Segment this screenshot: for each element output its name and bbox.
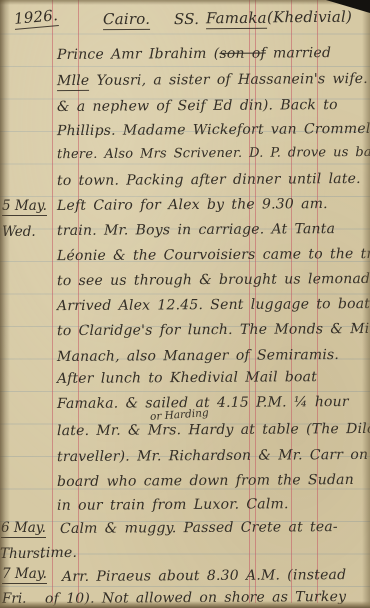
page-binding-edge <box>0 0 10 608</box>
diary-line: traveller). Mr. Richardson & Mr. Carr on <box>57 447 368 465</box>
interline-annotation: or Harding <box>150 407 209 423</box>
diary-line: in our train from Luxor. Calm. <box>57 496 289 514</box>
diary-line: late. Mr. & Mrs. Hardy at table (The Dil… <box>57 421 370 439</box>
diary-line: Calm & muggy. Passed Crete at tea- <box>60 519 338 537</box>
red-margin-rule <box>52 0 53 603</box>
struck-text: son of <box>219 45 266 61</box>
year-label: 1926. <box>13 6 58 28</box>
page-bottom-edge <box>0 601 370 608</box>
diary-line: train. Mr. Boys in carriage. At Tanta <box>57 221 335 239</box>
header-ship-prefix: SS. <box>174 10 199 28</box>
header-ship-name: Famaka <box>206 9 267 27</box>
diary-line: to town. Packing after dinner until late… <box>57 171 361 189</box>
diary-line: board who came down from the Sudan <box>57 472 354 490</box>
header-place: Cairo. <box>103 10 150 28</box>
header-ship-line: (Khedivial) <box>267 8 352 27</box>
diary-line: Left Cairo for Alex by the 9.30 am. <box>57 196 328 214</box>
diary-line: & a nephew of Seif Ed din). Back to <box>57 97 338 115</box>
diary-page: 1926. Cairo. SS. Famaka (Khedivial) Prin… <box>0 0 370 608</box>
diary-line: to see us through & brought us lemonade. <box>57 271 370 289</box>
diary-line: Phillips. Madame Wickefort van Crommelin <box>57 121 370 139</box>
diary-line: Léonie & the Courvoisiers came to the tr… <box>57 246 370 264</box>
diary-line: Arr. Piraeus about 8.30 A.M. (instead <box>62 567 346 585</box>
diary-line: Manach, also Manager of Semiramis. <box>57 347 339 365</box>
diary-line: After lunch to Khedivial Mail boat <box>57 369 317 387</box>
diary-line: Arrived Alex 12.45. Sent luggage to boat… <box>57 296 370 314</box>
diary-line: there. Also Mrs Scrivener. D. P. drove u… <box>57 145 370 162</box>
page-top-edge <box>0 0 370 5</box>
diary-line: Mlle Yousri, a sister of Hassanein's wif… <box>57 71 368 89</box>
diary-line: time. <box>40 545 77 561</box>
page-right-edge <box>362 0 370 608</box>
diary-line: to Claridge's for lunch. The Monds & Min… <box>57 321 370 339</box>
diary-line: Prince Amr Ibrahim (son of married <box>57 45 331 63</box>
